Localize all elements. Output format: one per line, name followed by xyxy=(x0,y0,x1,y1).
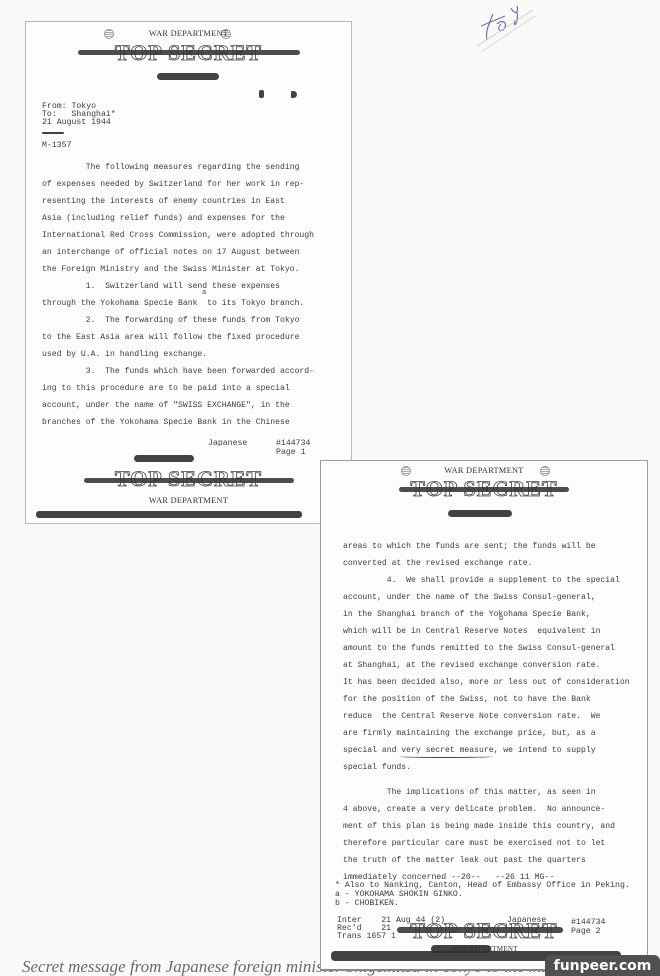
classification-strikethrough xyxy=(397,927,563,933)
classification-strikethrough xyxy=(78,50,300,55)
body-line: 2. The forwarding of these funds from To… xyxy=(42,312,299,329)
department-header: WAR DEPARTMENT xyxy=(26,29,351,38)
body-line: which will be in Central Reserve Notes e… xyxy=(343,623,600,640)
body-line: reduce the Central Reserve Note conversi… xyxy=(343,708,600,725)
body-line: account, under the name of the Swiss Con… xyxy=(343,589,596,606)
body-line: to the East Asia area will follow the fi… xyxy=(42,329,299,346)
body-line: The following measures regarding the sen… xyxy=(42,159,299,176)
handwritten-annotation xyxy=(475,2,535,54)
document-page-1: WAR DEPARTMENT TOP SECRET From: Tokyo To… xyxy=(25,21,352,524)
footnote-marker: b xyxy=(499,615,503,623)
body-line: for the position of the Swiss, not to ha… xyxy=(343,691,591,708)
body-line: branches of the Yokohama Specie Bank in … xyxy=(42,414,290,431)
message-number: M-1357 xyxy=(42,141,71,150)
body-line: The implications of this matter, as seen… xyxy=(343,784,596,801)
body-line: used by U.A. in handling exchange. xyxy=(42,346,207,363)
handwritten-underline xyxy=(399,755,493,758)
footnote-b: b - CHOBIKEN. xyxy=(335,899,399,908)
document-page-2: WAR DEPARTMENT TOP SECRET areas to which… xyxy=(320,460,648,971)
body-line: resenting the interests of enemy countri… xyxy=(42,193,285,210)
body-line: at Shanghai, at the revised exchange con… xyxy=(343,657,600,674)
redaction-mark xyxy=(448,510,512,517)
body-line: converted at the revised exchange rate. xyxy=(343,555,532,572)
ink-mark xyxy=(259,90,264,98)
document-number: #144734 xyxy=(276,439,310,448)
body-line: ment of this plan is being made inside t… xyxy=(343,818,615,835)
classification-strikethrough xyxy=(399,487,569,492)
body-line: 4. We shall provide a supplement to the … xyxy=(343,572,620,589)
body-line: the Foreign Ministry and the Swiss Minis… xyxy=(42,261,299,278)
body-line: International Red Cross Commission, were… xyxy=(42,227,314,244)
ink-mark xyxy=(42,132,64,134)
body-line: are firmly maintaining the exchange pric… xyxy=(343,725,596,742)
body-line: areas to which the funds are sent; the f… xyxy=(343,538,596,555)
site-watermark: funpeer.com xyxy=(545,955,660,976)
body-line: 4 above, create a very delicate problem.… xyxy=(343,801,605,818)
page-number: Page 1 xyxy=(276,448,305,457)
language-label: Japanese xyxy=(208,439,247,448)
body-line: account, under the name of "SWISS EXCHAN… xyxy=(42,397,290,414)
redaction-mark xyxy=(134,455,194,462)
footer-department-header: WAR DEPARTMENT xyxy=(26,496,351,505)
body-line: through the Yokohama Specie Bank to its … xyxy=(42,295,304,312)
department-header: WAR DEPARTMENT xyxy=(321,466,647,475)
body-line: Asia (including relief funds) and expens… xyxy=(42,210,285,227)
body-line: an interchange of official notes on 17 A… xyxy=(42,244,299,261)
body-line: therefore particular care must be exerci… xyxy=(343,835,605,852)
classification-strikethrough xyxy=(84,478,294,483)
footnote-routing: * Also to Nanking, Canton, Head of Embas… xyxy=(335,881,630,890)
body-line: ing to this procedure are to be paid int… xyxy=(42,380,290,397)
redaction-mark xyxy=(431,945,491,953)
body-line: special funds. xyxy=(343,759,411,776)
body-line: amount to the funds remitted to the Swis… xyxy=(343,640,615,657)
body-line: 3. The funds which have been forwarded a… xyxy=(42,363,314,380)
footnote-a: a - YOKOHAMA SHOKIN GINKO. xyxy=(335,890,463,899)
body-line: in the Shanghai branch of the Yokohama S… xyxy=(343,606,591,623)
body-line: 1. Switzerland will send these expenses xyxy=(42,278,280,295)
ink-mark xyxy=(291,91,297,98)
redaction-mark xyxy=(36,511,302,518)
message-date: 21 August 1944 xyxy=(42,118,111,127)
body-line: It has been decided also, more or less o… xyxy=(343,674,630,691)
body-line: the truth of the matter leak out past th… xyxy=(343,852,586,869)
redaction-mark xyxy=(157,73,219,80)
body-line: of expenses needed by Switzerland for he… xyxy=(42,176,304,193)
